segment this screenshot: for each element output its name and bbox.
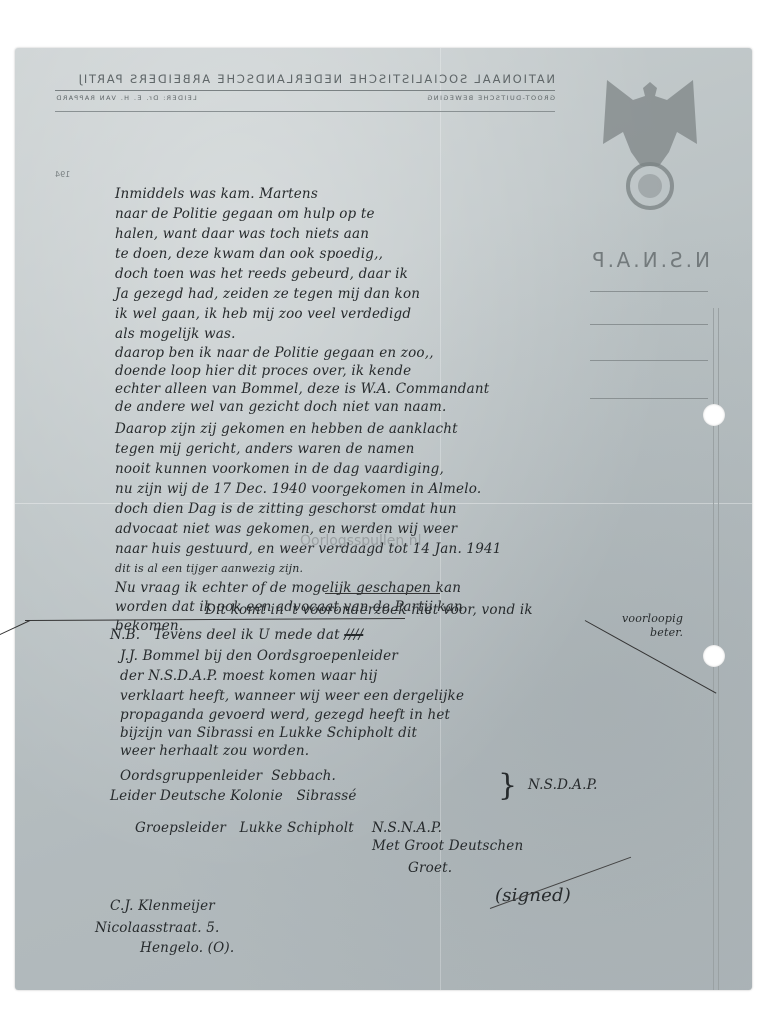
nb-line: bijzijn van Sibrassi en Lukke Schipholt … (120, 725, 417, 741)
body-line: Ja gezegd had, zeiden ze tegen mij dan k… (115, 286, 420, 302)
body-line: nu zijn wij de 17 Dec. 1940 voorgekomen … (115, 481, 481, 497)
letterhead-leader: LEIDER: Dr. E. H. VAN RAPPARD (55, 94, 197, 102)
body-line: de andere wel van gezicht doch niet van … (115, 399, 446, 415)
side-note-line1: voorloopig (622, 612, 683, 625)
body-line: Inmiddels was kam. Martens (115, 186, 318, 202)
separator-underline (325, 593, 440, 594)
body-line: doch dien Dag is de zitting geschorst om… (115, 501, 457, 517)
ruled-line (590, 291, 708, 292)
body-line: halen, want daar was toch niets aan (115, 226, 369, 242)
closing-line: Met Groot Deutschen (372, 838, 523, 854)
nb-line: J.J. Bommel bij den Oordsgroepenleider (120, 648, 398, 664)
nb-text: Tevens deel ik U mede dat (154, 627, 340, 643)
nb-line: verklaart heeft, wanneer wij weer een de… (120, 688, 464, 704)
body-line: dit is al een tijger aanwezig zijn. (115, 562, 303, 575)
witness-role: Oordsgruppenleider (120, 768, 262, 784)
body-line: als mogelijk was. (115, 326, 236, 342)
nb-line: propaganda gevoerd werd, gezegd heeft in… (120, 707, 450, 723)
body-line: naar de Politie gegaan om hulp op te (115, 206, 375, 222)
body-line: Daarop zijn zij gekomen en hebben de aan… (115, 421, 458, 437)
punch-hole (703, 645, 725, 667)
witness-name: Sibrassé (296, 788, 356, 804)
letterhead-subline: GROOT-DUITSCHE BEWEGING LEIDER: Dr. E. H… (55, 94, 555, 102)
body-line: te doen, deze kwam dan ook spoedig,, (115, 246, 383, 262)
witness-role: Leider Deutsche Kolonie (110, 788, 283, 804)
punch-hole (703, 404, 725, 426)
body-line: nooit kunnen voorkomen in de dag vaardig… (115, 461, 444, 477)
witness-line: Leider Deutsche Kolonie Sibrassé (110, 788, 357, 804)
nb-line: N.B. Tevens deel ik U mede dat //// (110, 627, 363, 643)
third-witness: Groepsleider Lukke Schipholt N.S.N.A.P. (135, 820, 442, 836)
body-line: tegen mij gericht, anders waren de namen (115, 441, 415, 457)
witness-name: Sebbach. (271, 768, 336, 784)
body-line: ik wel gaan, ik heb mij zoo veel verdedi… (115, 306, 411, 322)
witness-role: Groepsleider (135, 820, 226, 836)
witness-party: N.S.D.A.P. (528, 777, 598, 793)
sender-street: Nicolaasstraat. 5. (95, 920, 220, 936)
witness-name: Lukke Schipholt (240, 820, 354, 836)
nb-line: der N.S.D.A.P. moest komen waar hij (120, 668, 378, 684)
witness-line: Oordsgruppenleider Sebbach. (120, 768, 336, 784)
brace: } (498, 768, 517, 803)
letterhead-movement: GROOT-DUITSCHE BEWEGING (426, 94, 555, 102)
centered-note: Dit komt in 't vooronderzoek niet voor, … (205, 602, 533, 618)
nb-line: weer herhaalt zou worden. (120, 743, 309, 759)
date-stub: 194 (55, 170, 70, 179)
body-line: echter alleen van Bommel, deze is W.A. C… (115, 381, 489, 397)
witness-party: N.S.N.A.P. (372, 820, 442, 836)
sender-city: Hengelo. (O). (140, 940, 234, 956)
letterhead-mirrored: NATIONAAL SOCIALISTISCHE NEDERLANDSCHE A… (55, 72, 555, 112)
body-line: naar huis gestuurd, en weer verdaagd tot… (115, 541, 502, 557)
ruled-line (590, 398, 708, 399)
letterhead-rule (55, 90, 555, 91)
party-emblem-placeholder-icon (595, 74, 705, 214)
body-line: doende loop hier dit proces over, ik ken… (115, 363, 411, 379)
side-note-line2: beter. (650, 626, 683, 639)
ruled-line (590, 360, 708, 361)
body-line: doch toen was het reeds gebeurd, daar ik (115, 266, 408, 282)
letterhead-party-name: NATIONAAL SOCIALISTISCHE NEDERLANDSCHE A… (55, 72, 555, 86)
body-line: advocaat niet was gekomen, en werden wij… (115, 521, 457, 537)
closing-line: Groet. (408, 860, 452, 876)
nb-prefix: N.B. (110, 627, 140, 643)
letterhead-abbreviation: N.S.N.A.P (590, 248, 710, 272)
body-line: daarop ben ik naar de Politie gegaan en … (115, 345, 434, 361)
sender-name: C.J. Klenmeijer (110, 898, 215, 914)
ruled-line (590, 324, 708, 325)
struck-text: //// (344, 627, 363, 643)
letterhead-rule-lower (55, 111, 555, 112)
